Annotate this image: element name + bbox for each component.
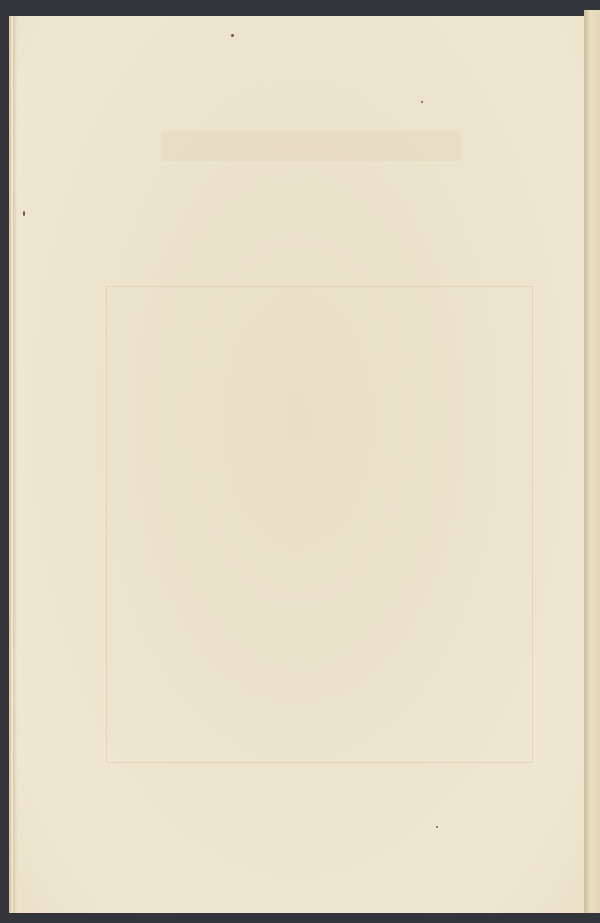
- foxing-spot: [421, 101, 423, 103]
- book-page: [9, 16, 586, 913]
- foxing-spot: [231, 34, 234, 37]
- foxing-spot: [436, 826, 438, 828]
- show-through-title: [161, 131, 461, 161]
- foxing-spot: [23, 211, 25, 216]
- adjacent-page-edge: [584, 10, 600, 913]
- show-through-frame: [106, 286, 533, 763]
